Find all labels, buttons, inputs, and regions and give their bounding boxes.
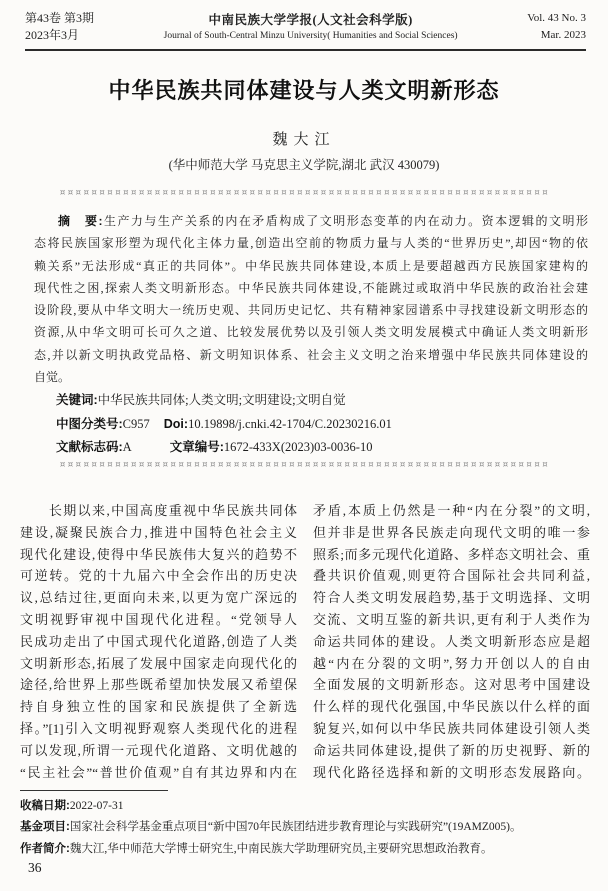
abstract-line: 态将民族国家形塑为现代化主体力量,创造出空前的物质力量与人类的“世界历史”,却因… (34, 232, 588, 254)
journal-name-english: Journal of South-Central Minzu Universit… (94, 29, 527, 44)
body-text-line: 长期以来,中国高度重视中华民族共同体 (20, 500, 297, 522)
document-code-value: A (123, 440, 132, 454)
article-title: 中华民族共同体建设与人类文明新形态 (0, 74, 608, 105)
volume-issue-en: Vol. 43 No. 3 (527, 10, 586, 27)
body-text-line: 现代化建设,使得中华民族伟大复兴的趋势不 (20, 544, 297, 566)
body-text-line: 建设,凝聚民族合力,推进中国特色社会主义 (20, 522, 297, 544)
body-text-line: 命运共同体建设,提供了新的历史视野、新的 (313, 740, 590, 762)
issue-info-cn: 第43卷 第3期 2023年3月 (25, 10, 94, 44)
body-text-line: 途径,给世界上那些既希望加快发展又希望保 (20, 674, 297, 696)
abstract-line: 资源,从中华文明可长可久之道、比较发展优势以及引领人类文明发展模式中确证人类文明… (34, 321, 588, 343)
author-bio-line: 作者简介:魏大江,华中师范大学博士研究生,中南民族大学助理研究员,主要研究思想政… (20, 839, 592, 860)
ornament-border-icon: ¤¤¤¤¤¤¤¤¤¤¤¤¤¤¤¤¤¤¤¤¤¤¤¤¤¤¤¤¤¤¤¤¤¤¤¤¤¤¤¤… (22, 460, 588, 472)
body-text-line: 全面发展的文明新形态。这对思考中国建设 (313, 674, 590, 696)
fund-project-label: 基金项目: (20, 821, 70, 833)
article-meta: 关键词:中华民族共同体;人类文明;文明建设;文明自觉 中图分类号:C957Doi… (56, 389, 588, 460)
page-number: 36 (28, 860, 42, 876)
fund-project-value: 国家社会科学基金重点项目“新中国70年民族团结进步教育理论与实践研究”(19AM… (70, 821, 522, 833)
author-bio-label: 作者简介: (20, 843, 70, 855)
body-text-line: 貌复兴,如何以中华民族共同体建设引领人类 (313, 718, 590, 740)
document-code-label: 文献标志码: (56, 440, 123, 454)
body-text-line: 什么样的现代化强国,中华民族以什么样的面 (313, 696, 590, 718)
keywords-label: 关键词: (56, 393, 98, 407)
journal-running-head: 第43卷 第3期 2023年3月 中南民族大学学报(人文社会科学版) Journ… (25, 10, 586, 51)
body-text-line: 议,总结过往,更面向未来,以更为宽广深远的 (20, 587, 297, 609)
body-text-line: 交流、文明互鉴的新共识,更有利于人类作为 (313, 609, 590, 631)
body-text-line: 文明新形态,拓展了发展中国家走向现代化的 (20, 653, 297, 675)
issue-date-en: Mar. 2023 (527, 27, 586, 44)
abstract-line: 现代性之困,探索人类文明新形态。中华民族共同体建设,不能跳过或取消中华民族的政治… (34, 277, 588, 299)
body-text-line: 叠共识价值观,则更符合国际社会共同利益, (313, 565, 590, 587)
body-text-line: 符合人类文明发展趋势,基于文明选择、文明 (313, 587, 590, 609)
body-column-right: 矛盾,本质上仍然是一种“内在分裂”的文明,但并非是世界各民族走向现代文明的唯一参… (313, 500, 590, 783)
author-affiliation: (华中师范大学 马克思主义学院,湖北 武汉 430079) (0, 155, 608, 173)
abstract-line: 摘 要:生产力与生产关系的内在矛盾构成了文明形态变革的内在动力。资本逻辑的文明形 (34, 210, 588, 232)
abstract-line: 设阶段,要从中华文明大一统历史观、共同历史记忆、共有精神家园谱系中寻找建设新文明… (34, 299, 588, 321)
body-text-line: 矛盾,本质上仍然是一种“内在分裂”的文明, (313, 500, 590, 522)
journal-name-block: 中南民族大学学报(人文社会科学版) Journal of South-Centr… (94, 12, 527, 44)
clc-value: C957 (123, 417, 150, 431)
received-date-value: 2022-07-31 (70, 800, 124, 812)
body-column-left: 长期以来,中国高度重视中华民族共同体建设,凝聚民族合力,推进中国特色社会主义现代… (20, 500, 297, 783)
body-text-line: 越“内在分裂的文明”,努力开创以人的自由 (313, 653, 590, 675)
footnotes-section: 收稿日期:2022-07-31 基金项目:国家社会科学基金重点项目“新中国70年… (20, 796, 592, 860)
body-text-line: 持自身独立性的国家和民族提供了全新选 (20, 696, 297, 718)
doi-value: 10.19898/j.cnki.42-1704/C.20230216.01 (188, 417, 392, 431)
author-name: 魏大江 (0, 128, 608, 149)
body-text-line: 可逆转。党的十九届六中全会作出的历史决 (20, 565, 297, 587)
abstract-text: 生产力与生产关系的内在矛盾构成了文明形态变革的内在动力。资本逻辑的文明形 (102, 214, 588, 228)
abstract-label: 摘 要: (58, 214, 102, 228)
volume-issue-cn: 第43卷 第3期 (25, 10, 94, 27)
abstract-line: 自觉。 (34, 366, 588, 388)
body-text-line: “民主社会”“普世价值观”自有其边界和内在 (20, 762, 297, 784)
article-number-label: 文章编号: (170, 440, 224, 454)
clc-label: 中图分类号: (56, 417, 123, 431)
body-text-line: 择。”[1]引入文明视野观察人类现代化的进程 (20, 718, 297, 740)
body-text-line: 命运共同体的建设。人类文明新形态应是超 (313, 631, 590, 653)
keywords-value: 中华民族共同体;人类文明;文明建设;文明自觉 (98, 393, 346, 407)
doccode-articleno-line: 文献标志码:A文章编号:1672-433X(2023)03-0036-10 (56, 436, 588, 460)
journal-page: 第43卷 第3期 2023年3月 中南民族大学学报(人文社会科学版) Journ… (0, 0, 608, 891)
doi-label: Doi: (164, 417, 188, 431)
ornament-border-icon: ¤¤¤¤¤¤¤¤¤¤¤¤¤¤¤¤¤¤¤¤¤¤¤¤¤¤¤¤¤¤¤¤¤¤¤¤¤¤¤¤… (22, 188, 588, 200)
abstract-line: 态,并以新文明执政党品格、新文明知识体系、社会主义文明之治来增强中华民族共同体建… (34, 344, 588, 366)
abstract-line: 赖关系”无法形成“真正的共同体”。中华民族共同体建设,本质上是要超越西方民族国家… (34, 255, 588, 277)
body-text-line: 文明视野审视中国现代化进程。“党领导人 (20, 609, 297, 631)
article-number-value: 1672-433X(2023)03-0036-10 (224, 440, 373, 454)
footnote-divider (20, 790, 168, 791)
body-text-line: 可以发现,所谓一元现代化道路、文明优越的 (20, 740, 297, 762)
body-text-line: 但并非是世界各民族走向现代文明的唯一参 (313, 522, 590, 544)
received-date-label: 收稿日期: (20, 800, 70, 812)
body-text-line: 民成功走出了中国式现代化道路,创造了人类 (20, 631, 297, 653)
body-text-line: 现代化路径选择和新的文明形态发展路向。 (313, 762, 590, 784)
abstract-section: 摘 要:生产力与生产关系的内在矛盾构成了文明形态变革的内在动力。资本逻辑的文明形… (34, 210, 588, 388)
issue-date-cn: 2023年3月 (25, 27, 94, 44)
issue-info-en: Vol. 43 No. 3 Mar. 2023 (527, 10, 586, 44)
article-body: 长期以来,中国高度重视中华民族共同体建设,凝聚民族合力,推进中国特色社会主义现代… (20, 500, 590, 783)
author-bio-value: 魏大江,华中师范大学博士研究生,中南民族大学助理研究员,主要研究思想政治教育。 (70, 843, 493, 855)
journal-name-chinese: 中南民族大学学报(人文社会科学版) (94, 12, 527, 29)
body-text-line: 照系;而多元现代化道路、多样态文明社会、重 (313, 544, 590, 566)
keywords-line: 关键词:中华民族共同体;人类文明;文明建设;文明自觉 (56, 389, 588, 413)
received-date-line: 收稿日期:2022-07-31 (20, 796, 592, 817)
clc-doi-line: 中图分类号:C957Doi:10.19898/j.cnki.42-1704/C.… (56, 413, 588, 437)
fund-project-line: 基金项目:国家社会科学基金重点项目“新中国70年民族团结进步教育理论与实践研究”… (20, 817, 592, 838)
